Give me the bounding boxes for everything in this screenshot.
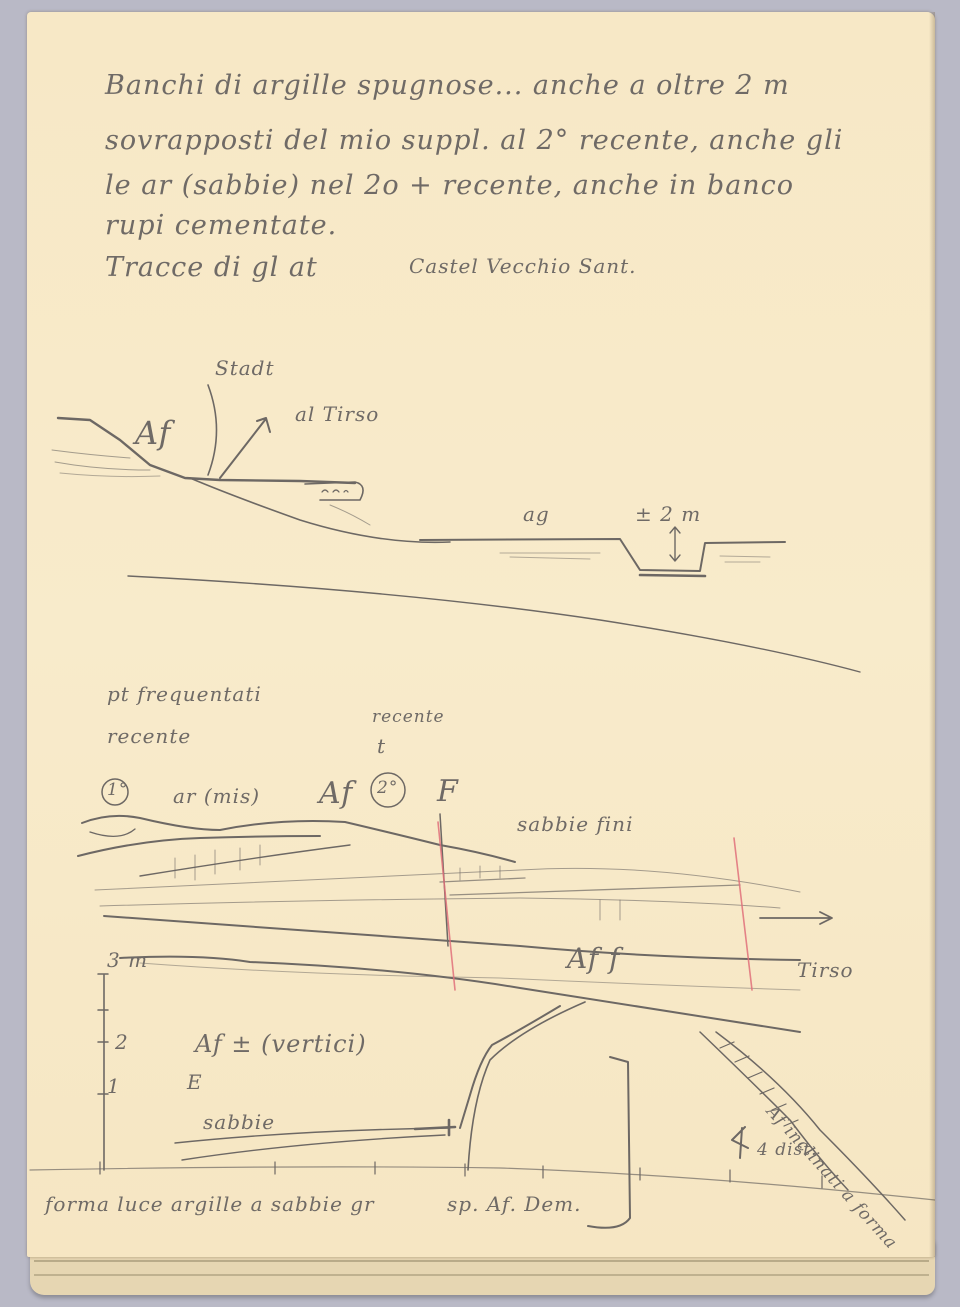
sketch1-label-af: Af — [135, 414, 171, 452]
sketch2-heading-line-1: pt frequentati — [107, 682, 262, 706]
note-line-4: rupi cementate. — [105, 210, 337, 241]
notebook-page: Banchi di argille spugnose... anche a ol… — [27, 12, 935, 1257]
sketch1-label-arrow: al Tirso — [295, 402, 379, 426]
sketch3-label-e: E — [187, 1070, 203, 1094]
sketch2-heading-line-2: recente — [107, 724, 191, 748]
sketch3-label-af: Af ± (vertici) — [195, 1030, 367, 1058]
sketch2-label-ar: ar (mis) — [173, 784, 260, 808]
sketch2-label-arrow-end: Tirso — [797, 958, 854, 982]
note-line-1: Banchi di argille spugnose... anche a ol… — [105, 70, 790, 101]
note-line-2: sovrapposti del mio suppl. al 2° recente… — [105, 125, 843, 156]
sketch2-label-aff: Af f — [567, 942, 620, 975]
circle-1-label: 1° — [107, 780, 128, 800]
sketch3-label-4: 4 dist. — [757, 1140, 818, 1160]
sketch2-label-af: Af — [319, 776, 353, 811]
note-line-3: le ar (sabbie) nel 2o + recente, anche i… — [105, 170, 794, 201]
sketch1-label-ag: ag — [523, 502, 550, 526]
footer-caption-left: forma luce argille a sabbie gr — [45, 1192, 375, 1216]
scale-label-1: 1 — [107, 1074, 121, 1098]
sketch1-label-depth: ± 2 m — [635, 502, 701, 526]
sketch2-label-sabbie: sabbie fini — [517, 812, 633, 836]
sketch3-label-sabbie: sabbie — [203, 1110, 275, 1134]
footer-caption-right: sp. Af. Dem. — [447, 1192, 581, 1216]
page-edge-line — [34, 1260, 929, 1262]
sketch-hillside-profile — [52, 385, 860, 672]
scale-label-2: 2 — [115, 1030, 129, 1054]
note-line-5-aside: Castel Vecchio Sant. — [409, 254, 637, 278]
page-edge-line — [34, 1274, 929, 1276]
sketch2-label-f: F — [437, 774, 459, 809]
sketch-layered-section — [78, 814, 832, 1032]
circle-2-label: 2° — [377, 778, 398, 798]
note-line-5: Tracce di gl at — [105, 252, 318, 283]
sketch2-label-recent: recente — [372, 707, 445, 727]
sketch1-label-top: Stadt — [215, 356, 275, 380]
sketch2-scale-top: 3 m — [107, 948, 148, 972]
sketch-scale-profile — [30, 974, 935, 1228]
sketch2-label-t: t — [377, 734, 386, 758]
